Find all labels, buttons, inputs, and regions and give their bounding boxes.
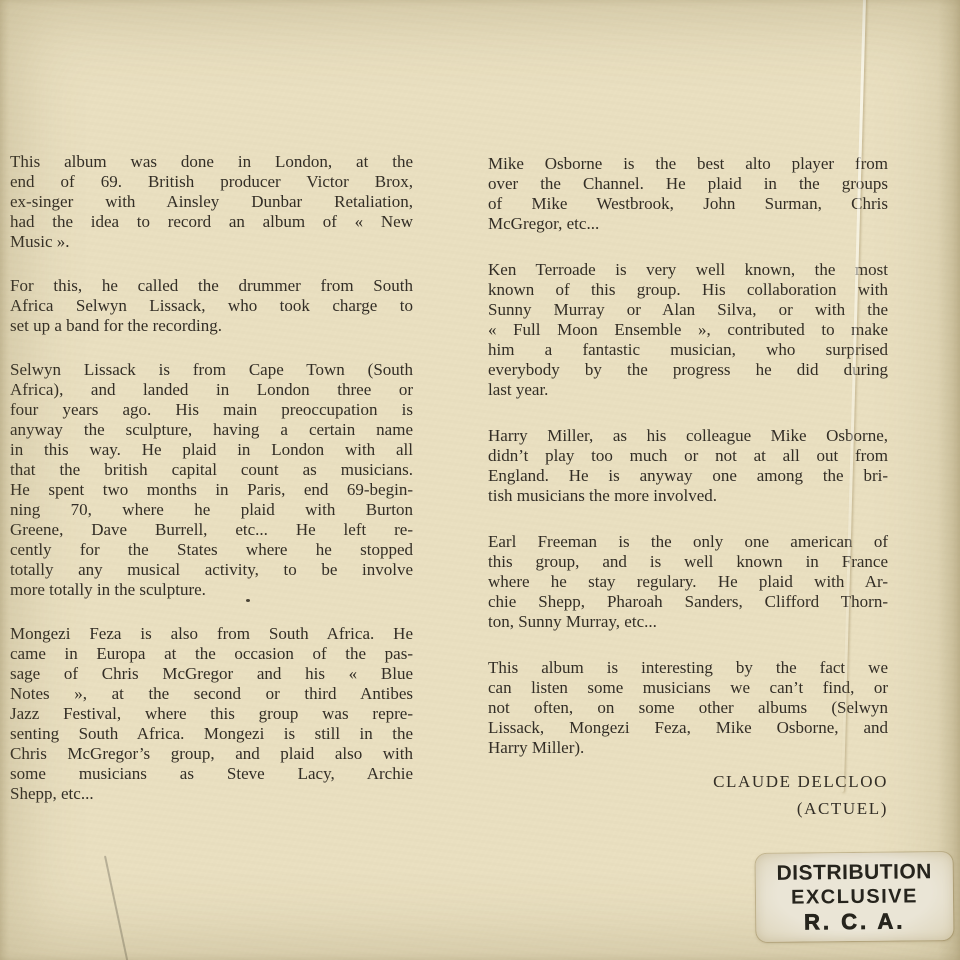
text-line: senting South Africa. Mongezi is still i… — [10, 724, 413, 744]
text-line: didn’t play too much or not at all out f… — [488, 446, 888, 466]
text-line: cently for the States where he stopped — [10, 540, 413, 560]
sticker-line-exclusive: EXCLUSIVE — [791, 884, 918, 909]
text-line: England. He is anyway one among the bri- — [488, 466, 888, 486]
text-line: totally any musical activity, to be invo… — [10, 560, 413, 580]
text-line: came in Europa at the occasion of the pa… — [10, 644, 413, 664]
text-line: not often, on some other albums (Selwyn — [488, 698, 888, 718]
rca-distribution-sticker: DISTRIBUTION EXCLUSIVE R. C. A. — [756, 852, 954, 942]
paragraph: For this, he called the drummer from Sou… — [10, 276, 413, 336]
paragraph: Mike Osborne is the best alto player fro… — [488, 154, 888, 234]
text-line: four years ago. His main preoccupation i… — [10, 400, 413, 420]
text-line: some musicians as Steve Lacy, Archie — [10, 764, 413, 784]
text-line: « Full Moon Ensemble », contributed to m… — [488, 320, 888, 340]
text-line: that the british capital count as musici… — [10, 460, 413, 480]
text-line: (ACTUEL) — [488, 795, 888, 822]
signature-block: CLAUDE DELCLOO(ACTUEL) — [488, 768, 888, 822]
left-column: This album was done in London, at theend… — [10, 152, 413, 828]
text-line: Harry Miller, as his colleague Mike Osbo… — [488, 426, 888, 446]
right-column: Mike Osborne is the best alto player fro… — [488, 154, 888, 848]
text-line: last year. — [488, 380, 888, 400]
text-line: Jazz Festival, where this group was repr… — [10, 704, 413, 724]
paragraph: This album was done in London, at theend… — [10, 152, 413, 252]
text-line: everybody by the progress he did during — [488, 360, 888, 380]
text-line: where he stay regulary. He plaid with Ar… — [488, 572, 888, 592]
text-line: set up a band for the recording. — [10, 316, 413, 336]
text-line: Earl Freeman is the only one american of — [488, 532, 888, 552]
text-line: ex-singer with Ainsley Dunbar Retaliatio… — [10, 192, 413, 212]
text-line: Ken Terroade is very well known, the mos… — [488, 260, 888, 280]
text-line: McGregor, etc... — [488, 214, 888, 234]
text-line: of Mike Westbrook, John Surman, Chris — [488, 194, 888, 214]
text-line: in this way. He plaid in London with all — [10, 440, 413, 460]
text-line: Lissack, Mongezi Feza, Mike Osborne, and — [488, 718, 888, 738]
text-line: end of 69. British producer Victor Brox, — [10, 172, 413, 192]
text-line: Mike Osborne is the best alto player fro… — [488, 154, 888, 174]
text-line: ning 70, where he plaid with Burton — [10, 500, 413, 520]
text-line: Sunny Murray or Alan Silva, or with the — [488, 300, 888, 320]
paragraph: This album is interesting by the fact we… — [488, 658, 888, 758]
text-line: known of this group. His collaboration w… — [488, 280, 888, 300]
text-line: Harry Miller). — [488, 738, 888, 758]
text-line: CLAUDE DELCLOO — [488, 768, 888, 795]
text-line: Notes », at the second or third Antibes — [10, 684, 413, 704]
paragraph: Mongezi Feza is also from South Africa. … — [10, 624, 413, 804]
paragraph: Earl Freeman is the only one american of… — [488, 532, 888, 632]
album-back-cover: This album was done in London, at theend… — [0, 0, 960, 960]
text-line: Africa Selwyn Lissack, who took charge t… — [10, 296, 413, 316]
text-line: chie Shepp, Pharoah Sanders, Clifford Th… — [488, 592, 888, 612]
text-line: For this, he called the drummer from Sou… — [10, 276, 413, 296]
text-line: over the Channel. He plaid in the groups — [488, 174, 888, 194]
text-line: Greene, Dave Burrell, etc... He left re- — [10, 520, 413, 540]
sticker-line-rca: R. C. A. — [804, 908, 906, 935]
text-line: sage of Chris McGregor and his « Blue — [10, 664, 413, 684]
text-line: This album is interesting by the fact we — [488, 658, 888, 678]
paragraph: Ken Terroade is very well known, the mos… — [488, 260, 888, 400]
text-line: tish musicians the more involved. — [488, 486, 888, 506]
text-line: more totally in the sculpture. — [10, 580, 413, 600]
text-line: this group, and is well known in France — [488, 552, 888, 572]
text-line: He spent two months in Paris, end 69-beg… — [10, 480, 413, 500]
text-line: Music ». — [10, 232, 413, 252]
paragraph: Harry Miller, as his colleague Mike Osbo… — [488, 426, 888, 506]
text-line: ton, Sunny Murray, etc... — [488, 612, 888, 632]
text-line: Selwyn Lissack is from Cape Town (South — [10, 360, 413, 380]
text-line: can listen some musicians we can’t find,… — [488, 678, 888, 698]
text-line: anyway the sculpture, having a certain n… — [10, 420, 413, 440]
text-line: him a fantastic musician, who surprised — [488, 340, 888, 360]
paragraph: Selwyn Lissack is from Cape Town (SouthA… — [10, 360, 413, 600]
text-line: had the idea to record an album of « New — [10, 212, 413, 232]
text-line: Chris McGregor’s group, and plaid also w… — [10, 744, 413, 764]
text-line: Mongezi Feza is also from South Africa. … — [10, 624, 413, 644]
text-line: Shepp, etc... — [10, 784, 413, 804]
left-edge-shadow — [0, 0, 10, 960]
sticker-line-distribution: DISTRIBUTION — [776, 859, 932, 886]
text-line: This album was done in London, at the — [10, 152, 413, 172]
ink-speck — [246, 599, 250, 602]
paper-crease-bottom-left — [104, 856, 128, 960]
text-line: Africa), and landed in London three or — [10, 380, 413, 400]
right-edge-fold-shadow — [938, 0, 960, 960]
